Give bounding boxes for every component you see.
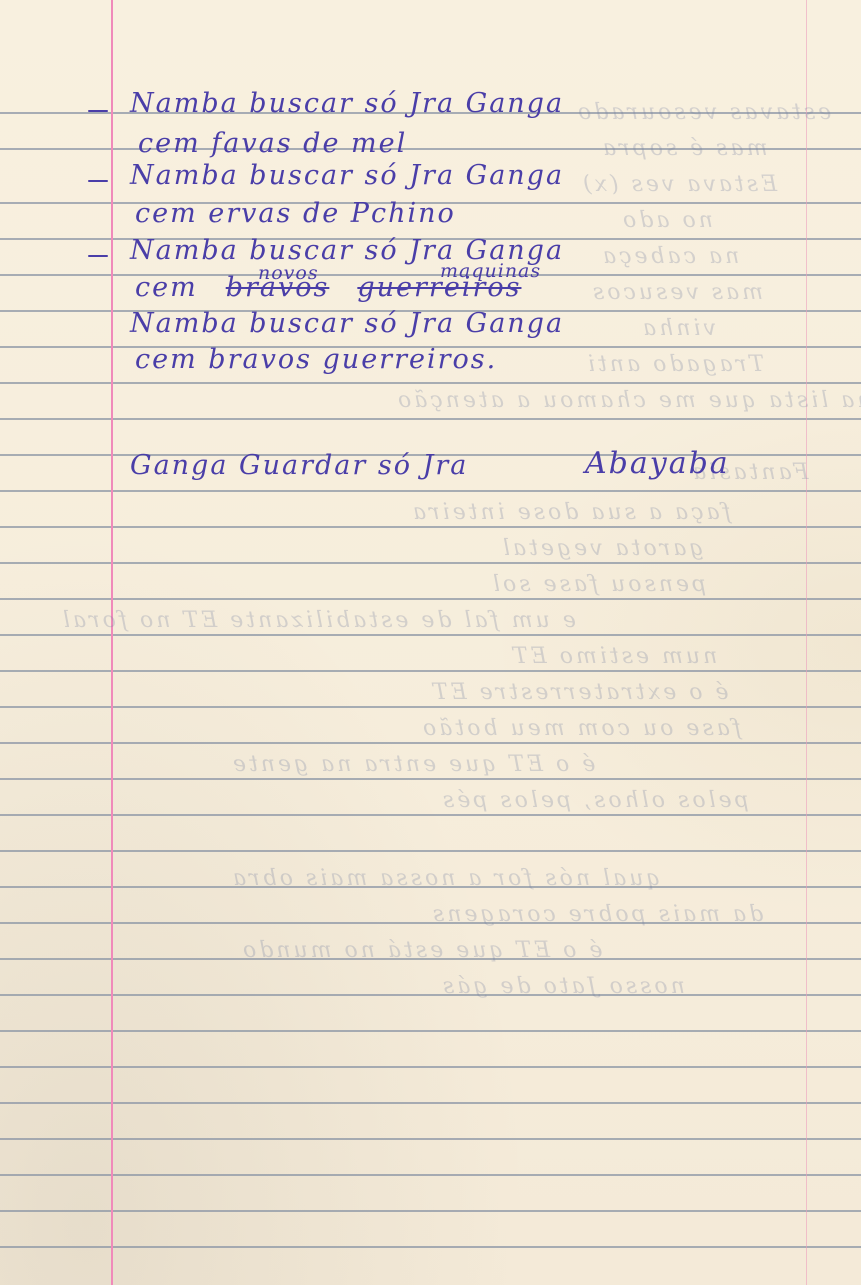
verse-line-2: cem favas de mel [138, 128, 407, 159]
verse-line-6-start: cem [135, 272, 198, 303]
bleed-line: qual nós for a nossa mais obra [230, 866, 660, 891]
verse-line-7: Namba buscar só Jra Ganga [130, 308, 564, 339]
signature: Abayaba [585, 446, 730, 481]
bleed-line: faça a sua dose inteira [410, 500, 731, 525]
bleed-line: uma lista que me chamou a atenção [395, 388, 861, 413]
bleed-line: vinha [640, 316, 716, 341]
bleed-line: da mais pobre coragens [430, 902, 763, 927]
bullet-dash [88, 180, 108, 182]
insertion-word: maquinas [440, 260, 541, 282]
bleed-through-text: estavas vesourado mas é sopra Estava ves… [0, 0, 861, 1285]
bleed-line: é o ET que entra na gente [230, 752, 595, 777]
verse-line-1: Namba buscar só Jra Ganga [130, 88, 564, 119]
bleed-line: fase ou com meu botão [420, 716, 741, 741]
closing-line: Ganga Guardar só Jra [130, 450, 468, 481]
bleed-line: é o extraterrestre ET [430, 680, 728, 705]
bleed-line: num estimo ET [510, 644, 717, 669]
bleed-line: pensou fase sol [490, 572, 706, 597]
verse-line-4: cem ervas de Pchino [135, 198, 456, 229]
verse-line-8: cem bravos guerreiros. [135, 344, 497, 375]
bleed-line: na cabeça [600, 244, 739, 269]
bullet-dash [88, 255, 108, 257]
bleed-line: nosso Jato de gás [440, 974, 685, 999]
bleed-line: mas vesucos [590, 280, 763, 305]
bleed-line: garota vegetal [500, 536, 703, 561]
bleed-line: mas é sopra [600, 136, 768, 161]
bleed-line: Tragado anti [585, 352, 764, 377]
insertion-word: novos [258, 262, 319, 284]
bleed-line: Estava ves (x) [580, 172, 777, 197]
bullet-dash [88, 110, 108, 112]
verse-line-3: Namba buscar só Jra Ganga [130, 160, 564, 191]
bleed-line: e um fal de estabilizante ET no foral [60, 608, 576, 633]
bleed-line: no ado [620, 208, 713, 233]
bleed-line: pelos olhos, pelos pés [440, 788, 749, 813]
bleed-line: é o ET que está no mundo [240, 938, 602, 963]
bleed-line: estavas vesourado [575, 100, 831, 125]
notebook-page: estavas vesourado mas é sopra Estava ves… [0, 0, 861, 1285]
